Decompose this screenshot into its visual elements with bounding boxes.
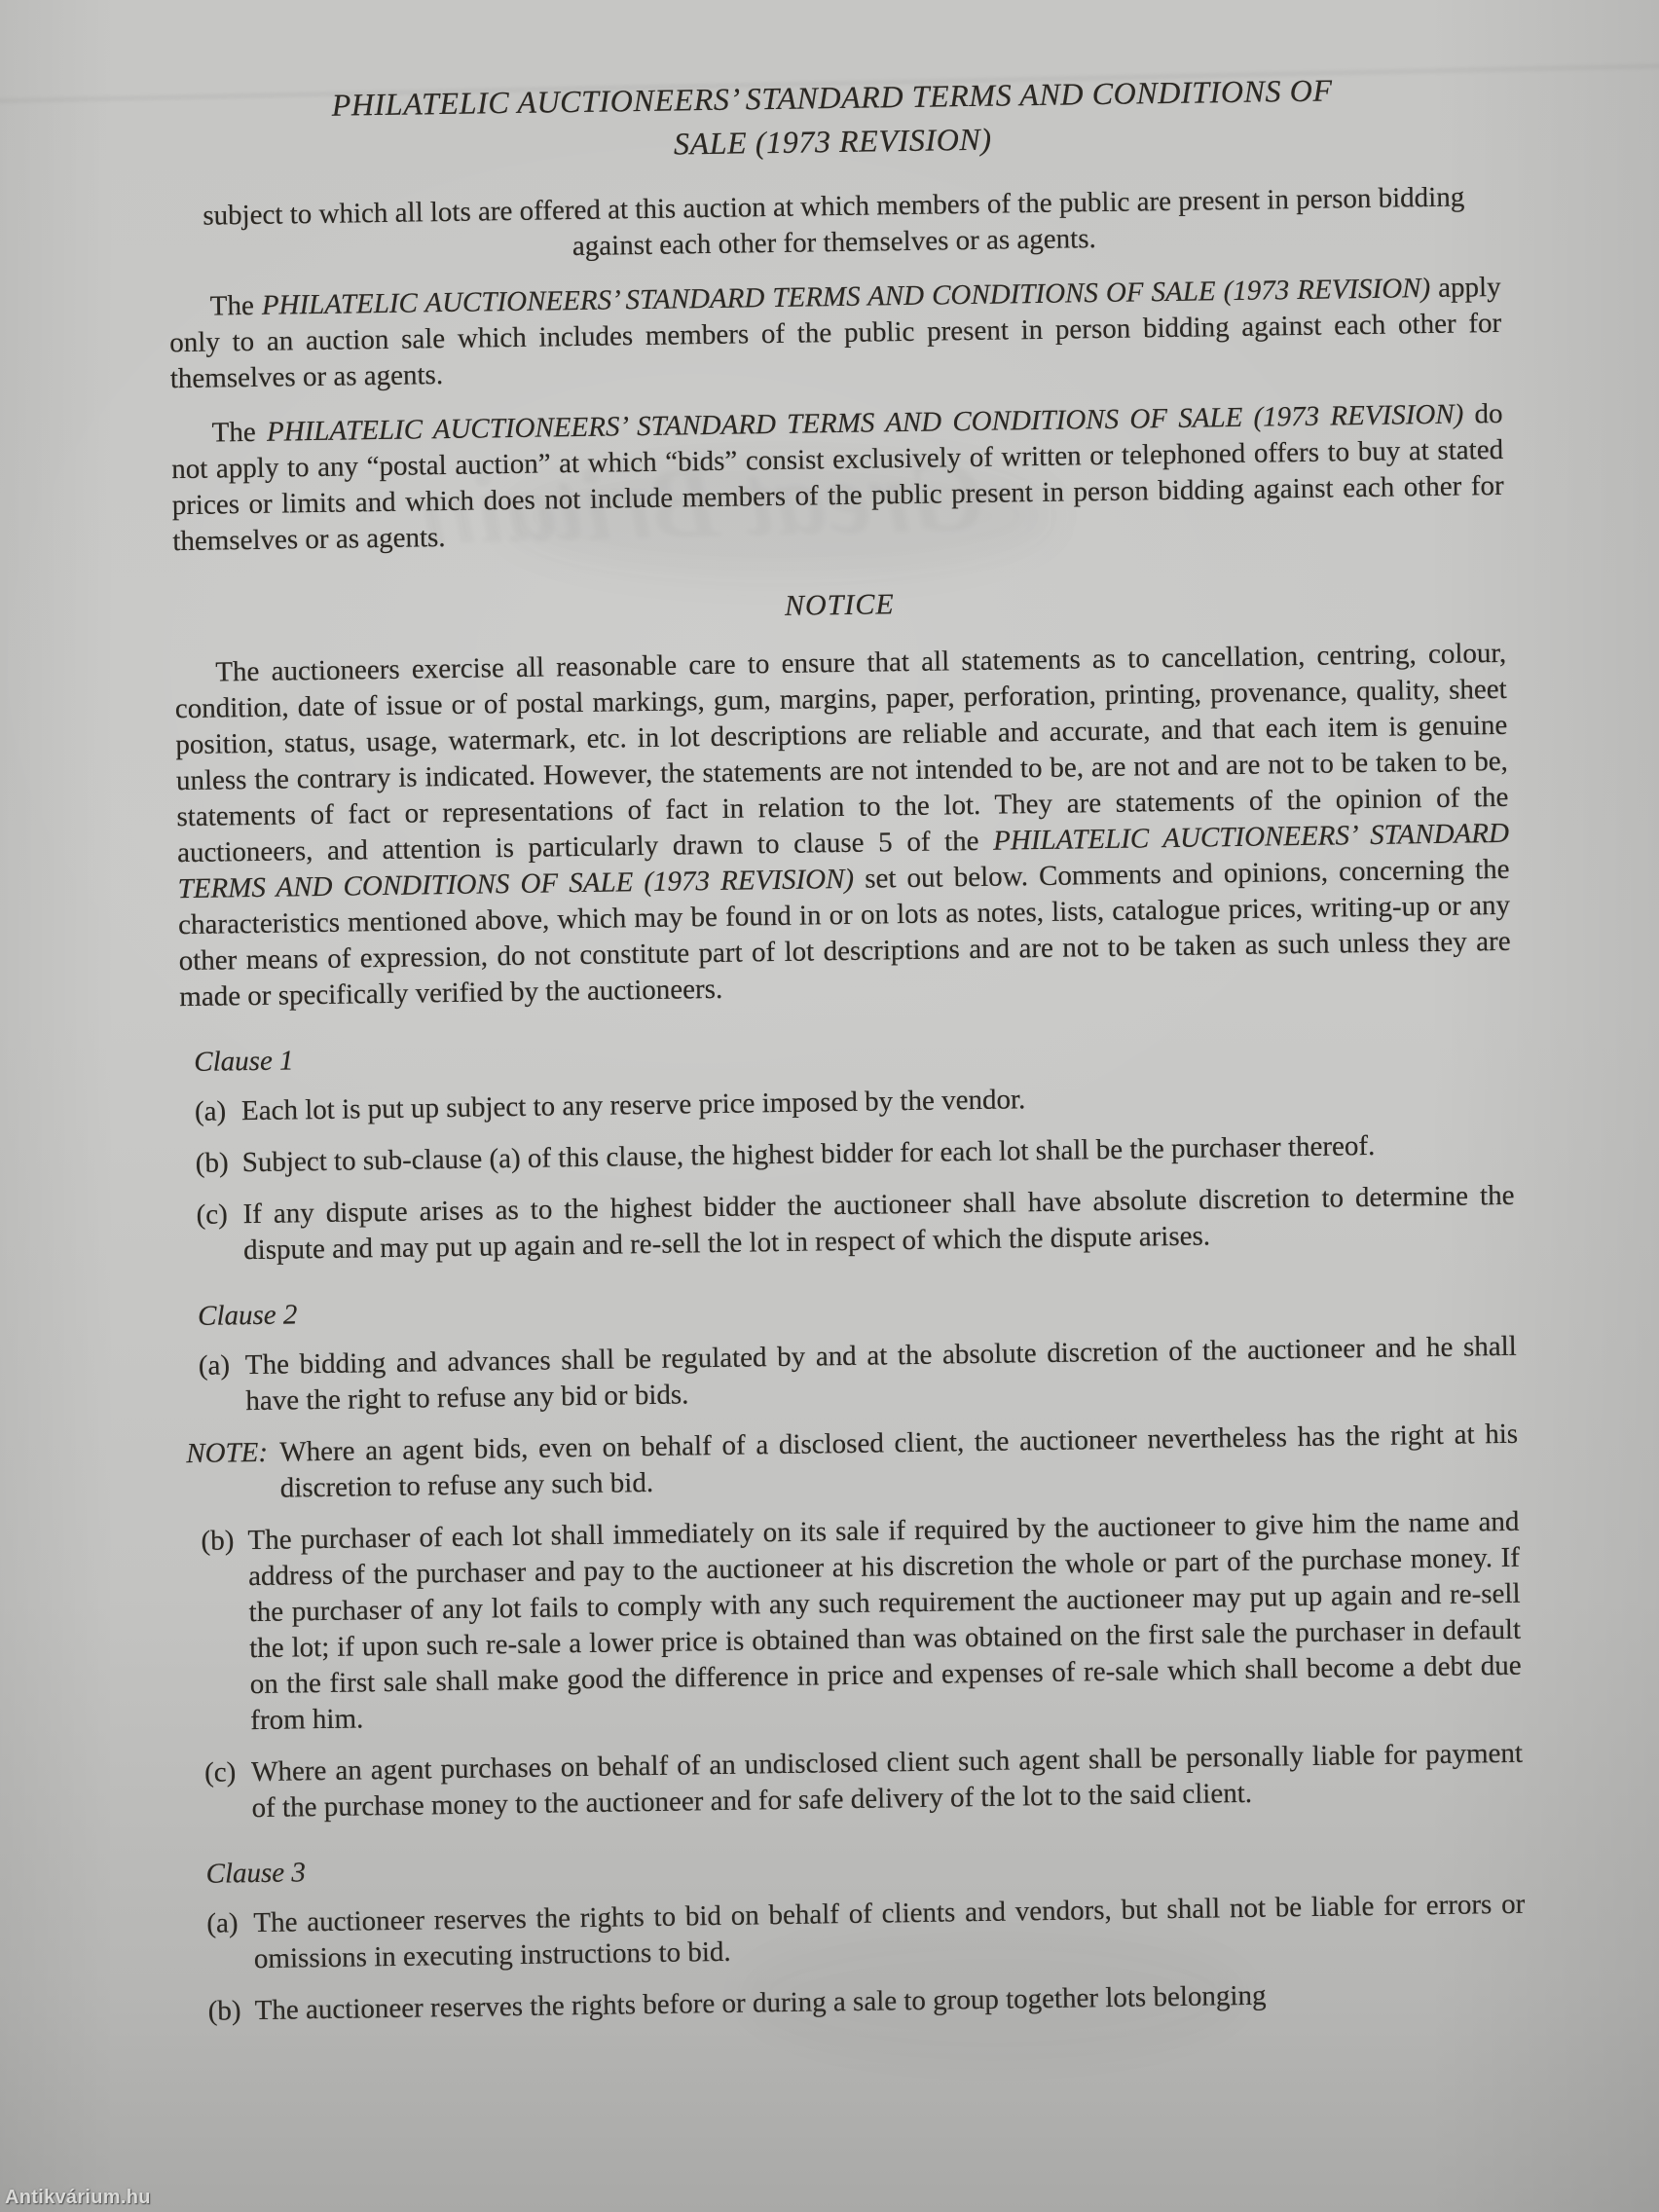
clause-item: (b)The purchaser of each lot shall immed… [187, 1504, 1522, 1740]
item-text: Subject to sub-clause (a) of this clause… [242, 1126, 1514, 1181]
text-run: The [210, 290, 263, 322]
item-text: The auctioneer reserves the rights to bi… [253, 1887, 1526, 1977]
clause-item: (b)Subject to sub-clause (a) of this cla… [182, 1126, 1514, 1182]
clause-item: (c)Where an agent purchases on behalf of… [191, 1736, 1524, 1827]
clause-item: (c)If any dispute arises as to the highe… [182, 1178, 1515, 1270]
clause-section: Clause 3(a)The auctioneer reserves the r… [192, 1839, 1526, 2030]
item-label: (b) [196, 1145, 243, 1182]
clause-item: (a)The bidding and advances shall be reg… [185, 1329, 1518, 1420]
item-text: Each lot is put up subject to any reserv… [241, 1075, 1513, 1129]
clause-item: (a)The auctioneer reserves the rights to… [193, 1887, 1526, 1978]
notice-paragraph: The auctioneers exercise all reasonable … [174, 636, 1511, 1015]
text-run: subject to which all lots are offered at… [203, 181, 1464, 262]
document-page: PHILATELIC AUCTIONEERS’ STANDARD TERMS A… [166, 66, 1526, 2030]
item-label: (c) [196, 1197, 243, 1270]
item-text: If any dispute arises as to the highest … [242, 1178, 1515, 1269]
item-text: Where an agent bids, even on behalf of a… [279, 1417, 1519, 1507]
intro-section: subject to which all lots are offered at… [167, 179, 1504, 560]
clauses-section: Clause 1(a)Each lot is put up subject to… [180, 1027, 1527, 2030]
clause-note: NOTE:Where an agent bids, even on behalf… [186, 1417, 1519, 1508]
clause-heading: Clause 3 [205, 1839, 1524, 1891]
watermark: Antikvárium.hu [5, 2187, 151, 2209]
intro-paragraph: The PHILATELIC AUCTIONEERS’ STANDARD TER… [168, 270, 1501, 397]
document-title: PHILATELIC AUCTIONEERS’ STANDARD TERMS A… [166, 66, 1498, 173]
photographed-page: Great Britain PHILATELIC AUCTIONEERS’ ST… [0, 0, 1659, 2212]
intro-paragraph: The PHILATELIC AUCTIONEERS’ STANDARD TER… [170, 396, 1504, 560]
item-label: (a) [195, 1093, 242, 1130]
item-text: The bidding and advances shall be regula… [245, 1329, 1518, 1419]
text-run: The [211, 417, 267, 449]
clause-heading: Clause 2 [198, 1281, 1516, 1333]
item-label: (a) [199, 1347, 246, 1420]
item-text: The purchaser of each lot shall immediat… [247, 1504, 1522, 1739]
item-label: (c) [204, 1754, 252, 1827]
item-label: (b) [201, 1523, 250, 1740]
item-text: Where an agent purchases on behalf of an… [251, 1736, 1524, 1826]
item-label: NOTE: [186, 1435, 280, 1508]
intro-paragraph: subject to which all lots are offered at… [167, 179, 1500, 271]
notice-heading: NOTICE [173, 579, 1505, 632]
clause-item: (a)Each lot is put up subject to any res… [181, 1075, 1513, 1130]
item-label: (a) [206, 1905, 254, 1978]
clause-heading: Clause 1 [194, 1027, 1512, 1079]
clause-section: Clause 1(a)Each lot is put up subject to… [180, 1027, 1515, 1270]
item-label: (b) [207, 1993, 255, 2030]
clause-section: Clause 2(a)The bidding and advances shal… [184, 1281, 1524, 1827]
